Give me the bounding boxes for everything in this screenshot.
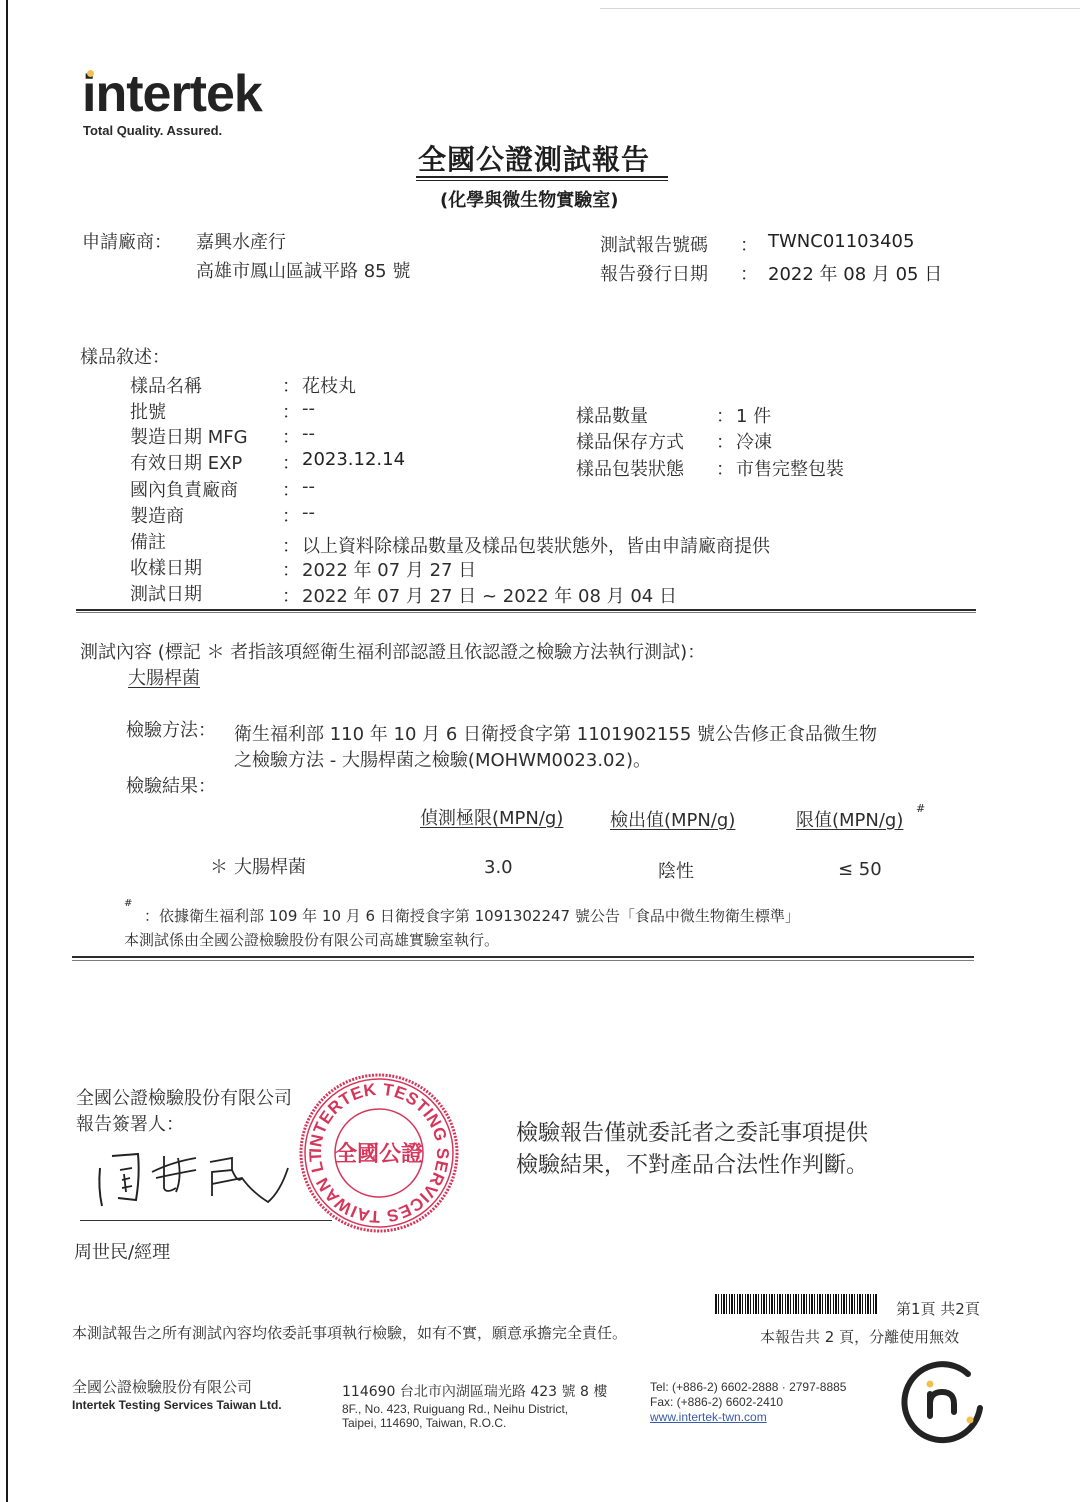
pages-note: 本報告共 2 頁，分離使用無效 [760,1326,959,1347]
colon: ： [282,476,300,502]
colon: ： [282,372,300,398]
colon: ： [282,398,300,424]
field-label: 樣品包裝狀態 [576,455,684,481]
signer-name-title: 周世民/經理 [74,1238,170,1264]
disclaimer-line-1: 檢驗報告僅就委託者之委託事項提供 [516,1116,868,1147]
report-number-value: TWNC01103405 [768,231,914,252]
field-label: 製造商 [130,502,184,528]
responsibility-statement: 本測試報告之所有測試內容均依委託事項執行檢驗，如有不實，願意承擔完全責任。 [72,1322,627,1343]
row-result: 陰性 [658,857,694,883]
colon: ： [282,556,300,582]
method-line-2: 之檢驗方法 - 大腸桿菌之檢驗(MOHWM0023.02)。 [234,746,651,772]
scan-edge [6,0,8,1502]
section-divider-thin [76,612,976,613]
field-label: 批號 [130,398,166,424]
method-line-1: 衛生福利部 110 年 10 月 6 日衛授食字第 1101902155 號公告… [234,720,877,746]
colon: ： [282,502,300,528]
colon: ： [716,455,734,481]
footer-tel: Tel: (+886-2) 6602-2888 · 2797-8885 [650,1380,846,1394]
field-value: 以上資料除樣品數量及樣品包裝狀態外，皆由申請廠商提供 [302,532,770,558]
test-item-name: 大腸桿菌 [128,664,200,690]
footer-company-zh: 全國公證檢驗股份有限公司 [72,1376,252,1397]
row-limit: ≤ 50 [838,859,882,880]
row-item: 大腸桿菌 [234,853,306,879]
applicant-name: 嘉興水產行 [196,228,286,254]
field-label: 收樣日期 [130,554,202,580]
field-value: -- [302,423,315,444]
field-value: 冷凍 [736,428,772,454]
footnote-2: 本測試係由全國公證檢驗股份有限公司高雄實驗室執行。 [124,929,499,950]
title-underline-2 [416,180,668,181]
field-value: 2023.12.14 [302,449,405,470]
issue-date-value: 2022 年 08 月 05 日 [768,260,942,286]
header-detection-limit: 偵測極限(MPN/g) [420,804,563,830]
intertek-logo: intertek [82,64,262,124]
sample-section-label: 樣品敘述： [80,343,170,369]
logo-accent-dot-icon [87,70,94,77]
intertek-circle-logo-icon [898,1356,988,1446]
footer-address-en-2: Taipei, 114690, Taiwan, R.O.C. [342,1416,506,1430]
certified-marker: ＊ [210,853,228,879]
applicant-label: 申請廠商： [82,228,172,254]
footer-website-link[interactable]: www.intertek-twn.com [650,1410,767,1424]
method-label: 檢驗方法： [126,716,216,742]
field-label: 有效日期 EXP [130,449,242,475]
signer-company: 全國公證檢驗股份有限公司 [76,1084,292,1110]
header-result: 檢出值(MPN/g) [610,806,735,832]
colon: ： [740,260,758,286]
colon: ： [282,449,300,475]
field-label: 備註 [130,528,166,554]
colon: ： [716,402,734,428]
field-label: 樣品保存方式 [576,428,684,454]
field-value: 2022 年 07 月 27 日 ~ 2022 年 08 月 04 日 [302,582,677,608]
footer-fax: Fax: (+886-2) 6602-2410 [650,1395,783,1409]
field-label: 樣品數量 [576,402,648,428]
footnote-1: ：依據衛生福利部 109 年 10 月 6 日衛授食字第 1091302247 … [144,905,800,926]
row-detection-limit: 3.0 [484,857,513,878]
report-title: 全國公證測試報告 [418,138,650,178]
field-label: 製造日期 MFG [130,423,248,449]
footnote-mark: # [124,898,132,909]
company-seal-stamp: INTERTEK TESTING SERVICES TAIWAN LTD. 全國… [298,1072,460,1234]
signature-line [80,1220,332,1221]
colon: ： [716,428,734,454]
issue-date-label: 報告發行日期 [600,260,708,286]
signer-label: 報告簽署人： [76,1110,184,1136]
colon: ： [282,423,300,449]
section-divider [76,609,976,611]
handwritten-signature [92,1148,292,1210]
field-label: 國內負責廠商 [130,476,238,502]
footer-address-en-1: 8F., No. 423, Ruiguang Rd., Neihu Distri… [342,1402,568,1416]
report-number-label: 測試報告號碼 [600,231,708,257]
field-value: -- [302,398,315,419]
svg-text:全國公證: 全國公證 [335,1141,423,1167]
section-divider [72,956,974,958]
report-subtitle: (化學與微生物實驗室) [440,186,618,212]
barcode [715,1294,877,1314]
colon: ： [282,532,300,558]
applicant-address: 高雄市鳳山區誠平路 85 號 [196,257,410,283]
field-label: 樣品名稱 [130,372,202,398]
field-label: 測試日期 [130,580,202,606]
footer-company-en: Intertek Testing Services Taiwan Ltd. [72,1398,282,1412]
colon: ： [740,231,758,257]
field-value: -- [302,502,315,523]
header-limit: 限值(MPN/g) [796,806,903,832]
field-value: 市售完整包裝 [736,455,844,481]
field-value: 2022 年 07 月 27 日 [302,556,476,582]
section-divider-thin [72,960,974,961]
scan-edge-top [600,8,1080,9]
field-value: 花枝丸 [302,372,356,398]
header-limit-sup: # [916,802,925,815]
field-value: 1 件 [736,402,771,428]
test-content-label: 測試內容 (標記 ＊ 者指該項經衛生福利部認證且依認證之檢驗方法執行測試)： [80,638,705,664]
result-label: 檢驗結果： [126,772,216,798]
field-value: -- [302,476,315,497]
disclaimer-line-2: 檢驗結果，不對產品合法性作判斷。 [516,1148,868,1179]
logo-tagline: Total Quality. Assured. [83,123,222,138]
colon: ： [282,582,300,608]
page-indicator: 第1頁 共2頁 [896,1298,980,1319]
title-underline [416,176,668,178]
footer-address-zh: 114690 台北市內湖區瑞光路 423 號 8 樓 [342,1381,607,1401]
